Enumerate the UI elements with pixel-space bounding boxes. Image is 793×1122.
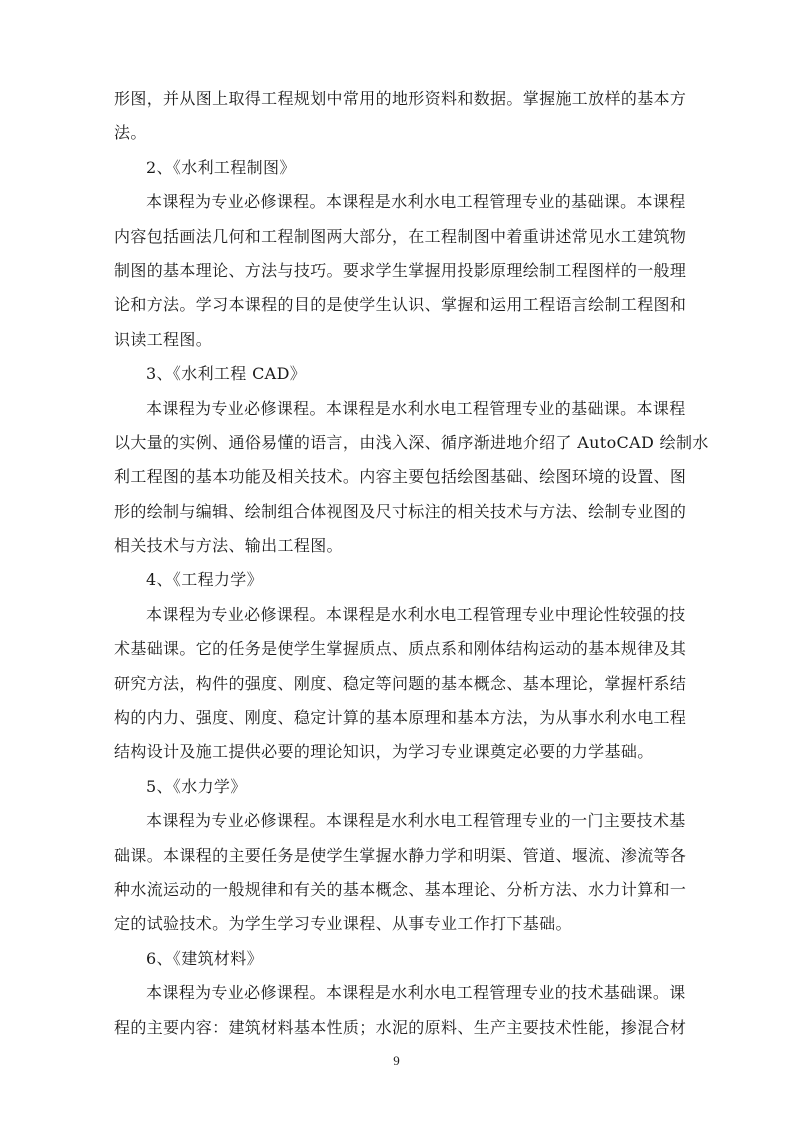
paragraph-line: 识读工程图。: [114, 323, 682, 357]
paragraph-line: 本课程为专业必修课程。本课程是水利水电工程管理专业中理论性较强的技: [114, 598, 682, 632]
paragraph-line: 内容包括画法几何和工程制图两大部分，在工程制图中着重讲述常见水工建筑物: [114, 220, 682, 254]
paragraph-line: 构的内力、强度、刚度、稳定计算的基本原理和基本方法，为从事水利水电工程: [114, 701, 682, 735]
paragraph-line: 以大量的实例、通俗易懂的语言，由浅入深、循序渐进地介绍了 AutoCAD 绘制水: [114, 426, 682, 460]
paragraph-line: 本课程为专业必修课程。本课程是水利水电工程管理专业的基础课。本课程: [114, 392, 682, 426]
page-body: 形图，并从图上取得工程规划中常用的地形资料和数据。掌握施工放样的基本方 法。 2…: [114, 82, 682, 1045]
paragraph-line: 结构设计及施工提供必要的理论知识，为学习专业课奠定必要的力学基础。: [114, 735, 682, 769]
section-heading-course-5: 5、《水力学》: [114, 770, 682, 804]
paragraph-line: 利工程图的基本功能及相关技术。内容主要包括绘图基础、绘图环境的设置、图: [114, 460, 682, 494]
paragraph-line: 本课程为专业必修课程。本课程是水利水电工程管理专业的基础课。本课程: [114, 185, 682, 219]
document-page: 形图，并从图上取得工程规划中常用的地形资料和数据。掌握施工放样的基本方 法。 2…: [0, 0, 793, 1122]
paragraph-line: 制图的基本理论、方法与技巧。要求学生掌握用投影原理绘制工程图样的一般理: [114, 254, 682, 288]
section-heading-course-6: 6、《建筑材料》: [114, 942, 682, 976]
section-heading-course-4: 4、《工程力学》: [114, 563, 682, 597]
paragraph-line: 形图，并从图上取得工程规划中常用的地形资料和数据。掌握施工放样的基本方: [114, 82, 682, 116]
paragraph-line: 定的试验技术。为学生学习专业课程、从事专业工作打下基础。: [114, 907, 682, 941]
paragraph-line: 础课。本课程的主要任务是使学生掌握水静力学和明渠、管道、堰流、渗流等各: [114, 839, 682, 873]
paragraph-line: 形的绘制与编辑、绘制组合体视图及尺寸标注的相关技术与方法、绘制专业图的: [114, 495, 682, 529]
paragraph-line: 相关技术与方法、输出工程图。: [114, 529, 682, 563]
paragraph-line: 本课程为专业必修课程。本课程是水利水电工程管理专业的技术基础课。课: [114, 976, 682, 1010]
paragraph-line: 法。: [114, 116, 682, 150]
paragraph-line: 研究方法，构件的强度、刚度、稳定等问题的基本概念、基本理论，掌握杆系结: [114, 667, 682, 701]
paragraph-line: 术基础课。它的任务是使学生掌握质点、质点系和刚体结构运动的基本规律及其: [114, 632, 682, 666]
paragraph-line: 程的主要内容：建筑材料基本性质；水泥的原料、生产主要技术性能，掺混合材: [114, 1011, 682, 1045]
paragraph-line: 本课程为专业必修课程。本课程是水利水电工程管理专业的一门主要技术基: [114, 804, 682, 838]
paragraph-line: 论和方法。学习本课程的目的是使学生认识、掌握和运用工程语言绘制工程图和: [114, 288, 682, 322]
section-heading-course-3: 3、《水利工程 CAD》: [114, 357, 682, 391]
paragraph-line: 种水流运动的一般规律和有关的基本概念、基本理论、分析方法、水力计算和一: [114, 873, 682, 907]
page-number: 9: [0, 1053, 793, 1069]
section-heading-course-2: 2、《水利工程制图》: [114, 151, 682, 185]
